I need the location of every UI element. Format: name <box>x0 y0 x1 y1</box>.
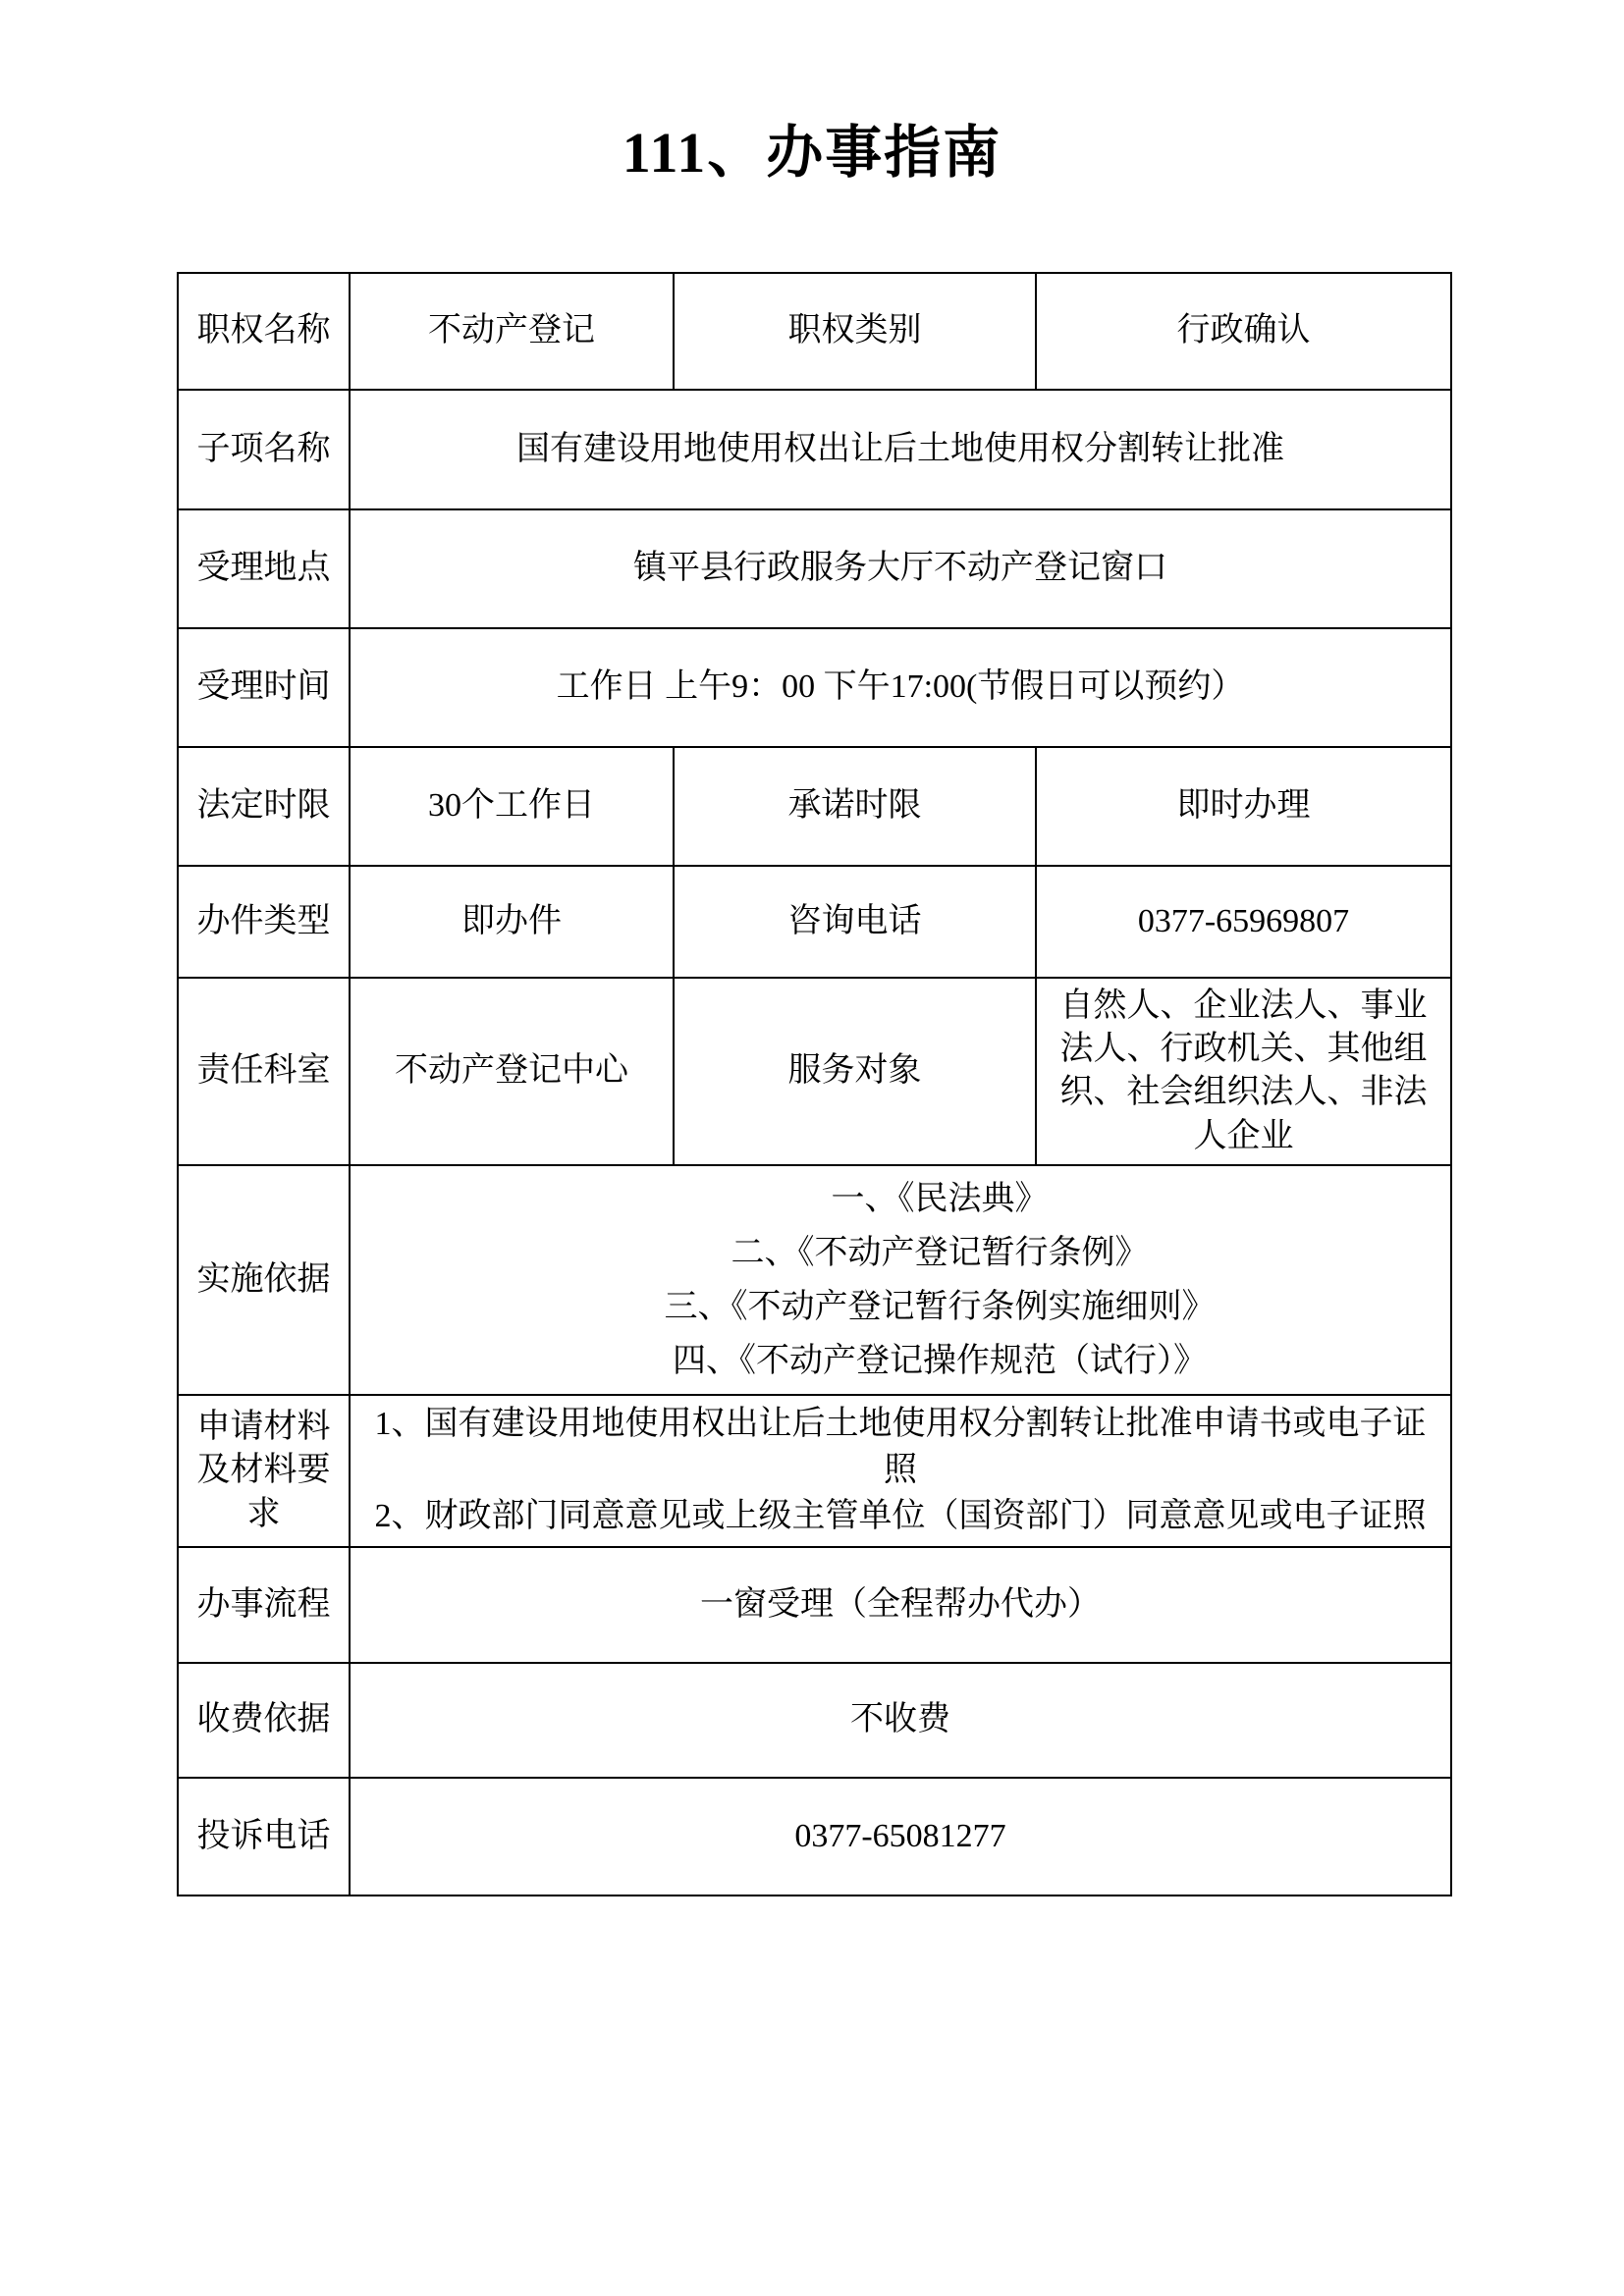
row-statutory-limit: 法定时限 30个工作日 承诺时限 即时办理 <box>178 747 1451 866</box>
complaint-phone-label: 投诉电话 <box>178 1778 350 1896</box>
law-item: 二、《不动产登记暂行条例》 <box>439 1226 1440 1280</box>
complaint-phone-value: 0377-65081277 <box>350 1778 1451 1896</box>
row-application-materials: 申请材料及材料要求 1、国有建设用地使用权出让后土地使用权分割转让批准申请书或电… <box>178 1395 1451 1547</box>
acceptance-place-value: 镇平县行政服务大厅不动产登记窗口 <box>350 509 1451 628</box>
row-case-type: 办件类型 即办件 咨询电话 0377-65969807 <box>178 866 1451 978</box>
application-materials-value: 1、国有建设用地使用权出让后土地使用权分割转让批准申请书或电子证照 2、财政部门… <box>350 1395 1451 1547</box>
responsible-office-value: 不动产登记中心 <box>350 978 674 1165</box>
law-item: 三、《不动产登记暂行条例实施细则》 <box>439 1280 1440 1334</box>
material-item: 1、国有建设用地使用权出让后土地使用权分割转让批准申请书或电子证照 <box>360 1402 1440 1494</box>
law-list: 一、《民法典》 二、《不动产登记暂行条例》 三、《不动产登记暂行条例实施细则》 … <box>360 1172 1440 1388</box>
statutory-limit-value: 30个工作日 <box>350 747 674 866</box>
row-complaint-phone: 投诉电话 0377-65081277 <box>178 1778 1451 1896</box>
row-fee-basis: 收费依据 不收费 <box>178 1663 1451 1778</box>
subitem-name-value: 国有建设用地使用权出让后土地使用权分割转让批准 <box>350 390 1451 509</box>
acceptance-time-label: 受理时间 <box>178 628 350 747</box>
authority-category-label: 职权类别 <box>674 273 1036 390</box>
authority-category-value: 行政确认 <box>1036 273 1451 390</box>
consult-phone-label: 咨询电话 <box>674 866 1036 978</box>
implementation-basis-value: 一、《民法典》 二、《不动产登记暂行条例》 三、《不动产登记暂行条例实施细则》 … <box>350 1165 1451 1395</box>
page-title: 111、办事指南 <box>0 106 1624 188</box>
acceptance-time-value: 工作日 上午9：00 下午17:00(节假日可以预约） <box>350 628 1451 747</box>
consult-phone-value: 0377-65969807 <box>1036 866 1451 978</box>
authority-name-label: 职权名称 <box>178 273 350 390</box>
row-acceptance-time: 受理时间 工作日 上午9：00 下午17:00(节假日可以预约） <box>178 628 1451 747</box>
statutory-limit-label: 法定时限 <box>178 747 350 866</box>
row-subitem-name: 子项名称 国有建设用地使用权出让后土地使用权分割转让批准 <box>178 390 1451 509</box>
row-implementation-basis: 实施依据 一、《民法典》 二、《不动产登记暂行条例》 三、《不动产登记暂行条例实… <box>178 1165 1451 1395</box>
acceptance-place-label: 受理地点 <box>178 509 350 628</box>
service-guide-table: 职权名称 不动产登记 职权类别 行政确认 子项名称 国有建设用地使用权出让后土地… <box>177 272 1452 1896</box>
law-item: 四、《不动产登记操作规范（试行）》 <box>439 1334 1440 1388</box>
promised-limit-value: 即时办理 <box>1036 747 1451 866</box>
material-item: 2、财政部门同意意见或上级主管单位（国资部门）同意意见或电子证照 <box>360 1494 1440 1540</box>
subitem-name-label: 子项名称 <box>178 390 350 509</box>
fee-basis-label: 收费依据 <box>178 1663 350 1778</box>
fee-basis-value: 不收费 <box>350 1663 1451 1778</box>
row-acceptance-place: 受理地点 镇平县行政服务大厅不动产登记窗口 <box>178 509 1451 628</box>
process-value: 一窗受理（全程帮办代办） <box>350 1547 1451 1663</box>
service-target-value: 自然人、企业法人、事业法人、行政机关、其他组织、社会组织法人、非法人企业 <box>1036 978 1451 1165</box>
row-authority-name: 职权名称 不动产登记 职权类别 行政确认 <box>178 273 1451 390</box>
implementation-basis-label: 实施依据 <box>178 1165 350 1395</box>
application-materials-label: 申请材料及材料要求 <box>178 1395 350 1547</box>
service-target-label: 服务对象 <box>674 978 1036 1165</box>
authority-name-value: 不动产登记 <box>350 273 674 390</box>
case-type-value: 即办件 <box>350 866 674 978</box>
row-responsible-office: 责任科室 不动产登记中心 服务对象 自然人、企业法人、事业法人、行政机关、其他组… <box>178 978 1451 1165</box>
law-item: 一、《民法典》 <box>439 1172 1440 1226</box>
promised-limit-label: 承诺时限 <box>674 747 1036 866</box>
responsible-office-label: 责任科室 <box>178 978 350 1165</box>
row-process: 办事流程 一窗受理（全程帮办代办） <box>178 1547 1451 1663</box>
materials-list: 1、国有建设用地使用权出让后土地使用权分割转让批准申请书或电子证照 2、财政部门… <box>360 1402 1440 1540</box>
process-label: 办事流程 <box>178 1547 350 1663</box>
case-type-label: 办件类型 <box>178 866 350 978</box>
